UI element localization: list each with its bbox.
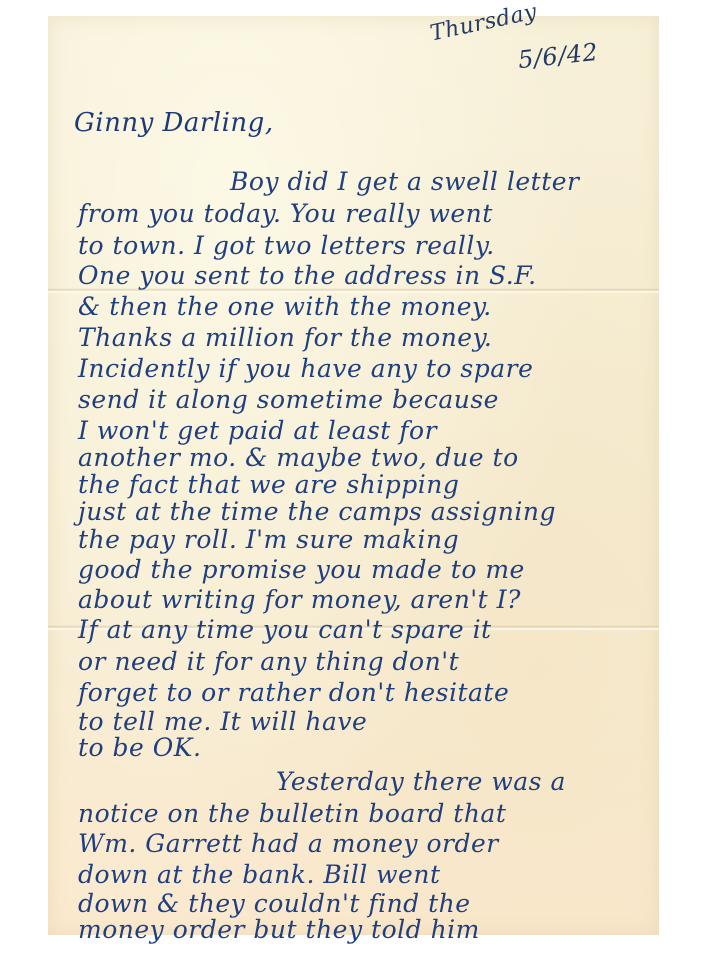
- letter-line: Wm. Garrett had a money order: [78, 828, 499, 860]
- letter-line: from you today. You really went: [78, 198, 493, 230]
- letter-line: the pay roll. I'm sure making: [78, 524, 459, 556]
- letter-date: 5/6/42: [517, 38, 600, 74]
- letter-line: good the promise you made to me: [78, 554, 525, 586]
- letter-line: notice on the bulletin board that: [78, 798, 506, 830]
- letter-line: If at any time you can't spare it: [78, 614, 492, 646]
- letter-line: send it along sometime because: [78, 384, 499, 416]
- letter-line: about writing for money, aren't I?: [78, 584, 521, 616]
- letter-line: Thanks a million for the money.: [78, 322, 492, 354]
- letter-line: One you sent to the address in S.F.: [78, 260, 537, 292]
- letter-line: & then the one with the money.: [78, 291, 492, 323]
- letter-salutation: Ginny Darling,: [74, 108, 274, 138]
- letter-line: or need it for any thing don't: [78, 646, 459, 678]
- letter-sheet: Thursday 5/6/42 Ginny Darling, Boy did I…: [48, 16, 659, 935]
- letter-line: forget to or rather don't hesitate: [78, 677, 509, 709]
- letter-line: down at the bank. Bill went: [78, 859, 441, 891]
- letter-day: Thursday: [428, 0, 539, 46]
- letter-line: to be OK.: [78, 732, 201, 764]
- letter-line: Incidently if you have any to spare: [78, 353, 533, 385]
- letter-line: Yesterday there was a: [276, 766, 566, 798]
- letter-line: to town. I got two letters really.: [78, 230, 495, 262]
- letter-line: Boy did I get a swell letter: [230, 166, 580, 198]
- letter-line: money order but they told him: [78, 914, 480, 946]
